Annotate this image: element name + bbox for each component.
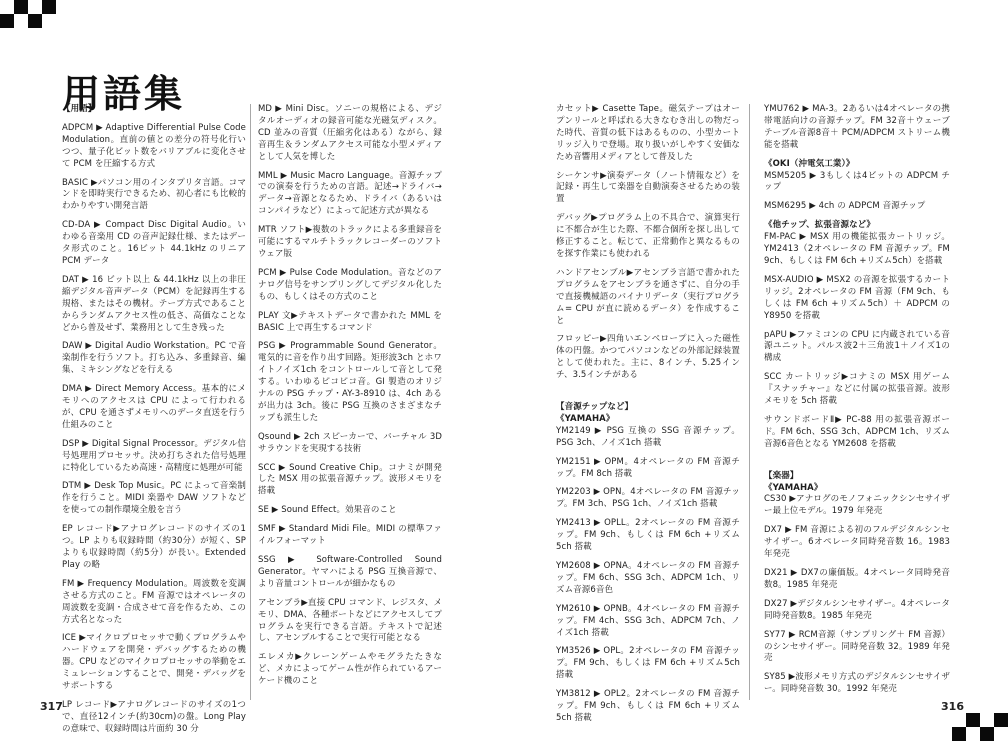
column-divider-left-page <box>250 104 251 700</box>
glossary-entry: SY85 ▶波形メモリ方式のデジタルシンセサイザー。同時発音数 30。1992 … <box>764 672 950 696</box>
glossary-entry: DSP ▶ Digital Signal Processor。デジタル信号処理用… <box>62 439 246 475</box>
glossary-entry: DAT ▶ 16 ビット以上 & 44.1kHz 以上の非圧縮デジタル音声データ… <box>62 275 246 335</box>
glossary-column-4: YMU762 ▶ MA-3。2あるいは4オペレータの携帯電話向けの音源チップ。F… <box>764 104 950 696</box>
page-number-right: 316 <box>941 700 964 713</box>
glossary-entry: シーケンサ▶演奏データ（ノート情報など）を記録・再生して楽器を自動演奏させるため… <box>556 171 740 207</box>
glossary-entry: LP レコード▶アナログレコードのサイズの1つで、直径12インチ(約30cm)の… <box>62 700 246 736</box>
section-heading: 【用語】 <box>62 104 246 116</box>
section-heading: 【音源チップなど】 <box>556 402 740 414</box>
glossary-entry: カセット▶ Casette Tape。磁気テープはオープンリールと呼ばれる大きな… <box>556 104 740 164</box>
page-number-left: 317 <box>40 700 63 713</box>
glossary-column-2: MD ▶ Mini Disc。ソニーの規格による、デジタルオーディオの録音可能な… <box>258 104 442 688</box>
glossary-entry: ハンドアセンブル▶アセンブラ言語で書かれたプログラムをアセンブラを通さずに、自分… <box>556 268 740 328</box>
glossary-entry: ADPCM ▶ Adaptive Differential Pulse Code… <box>62 123 246 171</box>
glossary-entry: SCC カートリッジ▶コナミの MSX 用ゲーム『スナッチャー』などに付属の拡張… <box>764 372 950 408</box>
glossary-entry: DX7 ▶ FM 音源による初のフルデジタルシンセサイザー。6オペレータ同時発音… <box>764 525 950 561</box>
glossary-entry: YM2149 ▶ PSG 互換の SSG 音源チップ。PSG 3ch、ノイズ1c… <box>556 426 740 450</box>
glossary-entry: MD ▶ Mini Disc。ソニーの規格による、デジタルオーディオの録音可能な… <box>258 104 442 164</box>
glossary-entry: エレメカ▶クレーンゲームやモグラたたきなど、メカによってゲーム性が作られているア… <box>258 652 442 688</box>
glossary-entry: MSM6295 ▶ 4ch の ADPCM 音源チップ <box>764 201 950 213</box>
glossary-entry: CS30 ▶アナログのモノフォニックシンセサイザー最上位モデル。1979 年発売 <box>764 494 950 518</box>
glossary-entry: MSX-AUDIO ▶ MSX2 の音源を拡張するカートリッジ。2オペレータの … <box>764 275 950 323</box>
glossary-entry: YM3812 ▶ OPL2。2オペレータの FM 音源チップ。FM 9ch、もし… <box>556 689 740 725</box>
section-heading: 《他チップ、拡張音源など》 <box>764 220 950 232</box>
glossary-entry: YM2610 ▶ OPNB。4オペレータの FM 音源チップ。FM 4ch、SS… <box>556 604 740 640</box>
glossary-entry: YM2608 ▶ OPNA。4オペレータの FM 音源チップ。FM 6ch、SS… <box>556 561 740 597</box>
glossary-entry: YM2151 ▶ OPM。4オペレータの FM 音源チップ。FM 8ch 搭載 <box>556 457 740 481</box>
glossary-entry: ICE ▶マイクロプロセッサで動くプログラムやハードウェアを開発・デバッグするた… <box>62 633 246 693</box>
glossary-entry: BASIC ▶パソコン用のインタプリタ言語。コマンドを即時実行できるため、初心者… <box>62 178 246 214</box>
checkerboard-pattern-bottom-right <box>952 713 1008 741</box>
glossary-entry: フロッピー▶四角いエンベロープに入った磁性体の円盤。かつてパソコンなどの外部記録… <box>556 334 740 382</box>
glossary-entry: CD-DA ▶ Compact Disc Digital Audio。いわゆる音… <box>62 220 246 268</box>
glossary-entry: SSG ▶ Software-Controlled Sound Generato… <box>258 555 442 591</box>
glossary-entry: FM ▶ Frequency Modulation。周波数を変調させる方式のこと… <box>62 579 246 627</box>
glossary-entry: アセンブラ▶直接 CPU コマンド、レジスタ、メモリ、DMA、各種ポートなどにア… <box>258 598 442 646</box>
book-spread: 用語集 【用語】ADPCM ▶ Adaptive Differential Pu… <box>0 0 1008 741</box>
glossary-entry: DAW ▶ Digital Audio Workstation。PC で音楽制作… <box>62 341 246 377</box>
glossary-entry: pAPU ▶ファミコンの CPU に内蔵されている音源ユニット。パルス波2＋三角… <box>764 330 950 366</box>
glossary-entry: DX21 ▶ DX7の廉価版。4オペレータ同時発音数8。1985 年発売 <box>764 568 950 592</box>
section-heading: 《YAMAHA》 <box>764 483 950 495</box>
glossary-entry: SMF ▶ Standard Midi File。MIDI の標準ファイルフォー… <box>258 524 442 548</box>
glossary-entry: PLAY 文▶テキストデータで書かれた MML を BASIC 上で再生するコマ… <box>258 311 442 335</box>
glossary-entry: SY77 ▶ RCM音源（サンプリング＋ FM 音源）のシンセサイザー。同時発音… <box>764 630 950 666</box>
glossary-entry: サウンドボードⅡ▶ PC-88 用の拡張音源ボード。FM 6ch、SSG 3ch… <box>764 415 950 451</box>
glossary-entry: PCM ▶ Pulse Code Modulation。音などのアナログ信号をサ… <box>258 268 442 304</box>
glossary-entry: EP レコード▶アナログレコードのサイズの1つ。LP よりも収録時間（約30分）… <box>62 524 246 572</box>
section-heading: 《OKI（沖電気工業）》 <box>764 159 950 171</box>
glossary-entry: DX27 ▶デジタルシンセサイザー。4オペレータ同時発音数8。1985 年発売 <box>764 599 950 623</box>
glossary-entry: DMA ▶ Direct Memory Access。基本的にメモリへのアクセス… <box>62 384 246 432</box>
glossary-entry: FM-PAC ▶ MSX 用の機能拡張カートリッジ。YM2413（2オペレータの… <box>764 232 950 268</box>
glossary-entry: YMU762 ▶ MA-3。2あるいは4オペレータの携帯電話向けの音源チップ。F… <box>764 104 950 152</box>
glossary-entry: YM3526 ▶ OPL。2オペレータの FM 音源チップ。FM 9ch、もしく… <box>556 646 740 682</box>
glossary-entry: PSG ▶ Programmable Sound Generator。電気的に音… <box>258 341 442 424</box>
glossary-entry: MTR ソフト▶複数のトラックによる多重録音を可能にするマルチトラックレコーダー… <box>258 225 442 261</box>
section-heading: 《YAMAHA》 <box>556 414 740 426</box>
glossary-entry: デバッグ▶プログラム上の不具合で、演算実行に不都合が生じた際、不都合個所を探し出… <box>556 213 740 261</box>
glossary-entry: YM2413 ▶ OPLL。2オペレータの FM 音源チップ。FM 9ch、もし… <box>556 518 740 554</box>
glossary-entry: SE ▶ Sound Effect。効果音のこと <box>258 505 442 517</box>
glossary-entry: YM2203 ▶ OPN。4オペレータの FM 音源チップ。FM 3ch、PSG… <box>556 487 740 511</box>
checkerboard-pattern-top-left <box>0 0 56 28</box>
glossary-entry: MSM5205 ▶ 3もしくは4ビットの ADPCM チップ <box>764 171 950 195</box>
glossary-column-1: 【用語】ADPCM ▶ Adaptive Differential Pulse … <box>62 104 246 736</box>
glossary-entry: MML ▶ Music Macro Language。音源チップでの演奏を行うた… <box>258 171 442 219</box>
glossary-entry: SCC ▶ Sound Creative Chip。コナミが開発した MSX 用… <box>258 463 442 499</box>
section-heading: 【楽器】 <box>764 471 950 483</box>
column-divider-right-page <box>749 104 750 700</box>
glossary-entry: DTM ▶ Desk Top Music。PC によって音楽制作を行うこと。MI… <box>62 481 246 517</box>
glossary-entry: Qsound ▶ 2ch スピーカーで、バーチャル 3D サラウンドを実現する技… <box>258 432 442 456</box>
glossary-column-3: カセット▶ Casette Tape。磁気テープはオープンリールと呼ばれる大きな… <box>556 104 740 725</box>
